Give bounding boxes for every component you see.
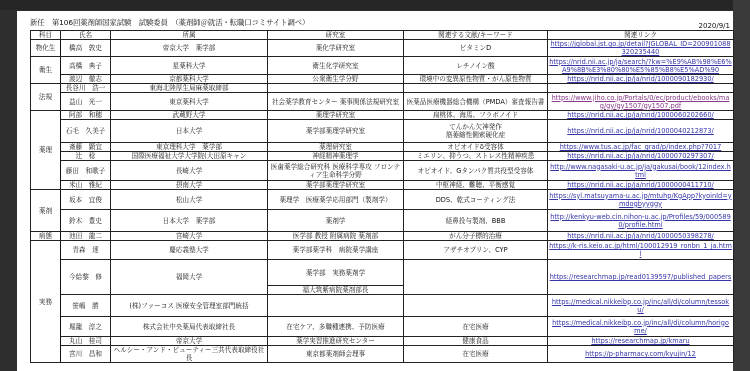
lab-cell: 在宅ケア、多職種連携、予防医療 xyxy=(268,317,404,337)
keywords-cell: 健康食品 xyxy=(404,337,548,346)
link-cell: https://www.jiho.co.jp/Portals/0/ec/prod… xyxy=(548,93,734,111)
keywords-cell: 在宅医療 xyxy=(404,317,548,337)
table-row: 実務 青森 達 慶応義塾大学 薬学部薬学科 病院薬学講座 アザチオプリン、CYP… xyxy=(31,241,734,260)
header-link: 関連リンク xyxy=(548,31,734,40)
related-link[interactable]: https://www.tus.ac.jp/fac_grad/p/index.p… xyxy=(560,143,722,151)
keywords-cell: ミエリン、抑うつ、ストレス性精神疾患 xyxy=(404,152,548,161)
lab-cell: 薬学部薬理学研究室 xyxy=(268,181,404,190)
table-row: 斎藤 顕宜 東京理科大学 薬学部 薬理研究室 オピオイドδ受容体 https:/… xyxy=(31,143,734,152)
window-top-bar xyxy=(0,0,750,10)
name-cell: 米山 雅紀 xyxy=(61,181,111,190)
keywords-cell: 環境中の変異原性物質・がん原性物質 xyxy=(404,75,548,84)
link-cell: https://nrid.nii.ac.jp/ja/nrid/100006020… xyxy=(548,111,734,120)
lab-cell xyxy=(268,295,404,317)
affiliation-cell: 長崎大学 xyxy=(111,161,268,181)
link-cell: https://www.tus.ac.jp/fac_grad/p/index.p… xyxy=(548,143,734,152)
name-cell: 阿部 和穂 xyxy=(61,111,111,120)
link-cell: https://medical.nikkeibp.co.jp/inc/all/d… xyxy=(548,317,734,337)
affiliation-cell: 宮崎大学 xyxy=(111,232,268,241)
link-cell: https://nrid.nii.ac.jp/ja/nrid/100004021… xyxy=(548,120,734,143)
document-title: 新任 第106回薬剤師国家試験 試験委員 （薬剤師＠就活・転職口コミサイト調べ） xyxy=(30,17,309,28)
name-cell: 藤田 和歌子 xyxy=(61,161,111,181)
name-cell: 鈴木 豊史 xyxy=(61,210,111,232)
table-row: 渡辺 徹志 京都薬科大学 公衆衛生学分野 環境中の変異原性物質・がん原性物質 h… xyxy=(31,75,734,84)
name-cell: 坂本 宜俊 xyxy=(61,190,111,210)
affiliation-cell: 東京薬科大学 xyxy=(111,93,268,111)
affiliation-cell: 日本大学 薬学部 xyxy=(111,210,268,232)
subject-cell: 物化生 xyxy=(31,40,61,57)
keywords-cell: ビタミンD xyxy=(404,40,548,57)
subject-cell: 病態 xyxy=(31,232,61,241)
link-cell: https://nrid.nii.ac.jp/ja/nrid/100005039… xyxy=(548,232,734,241)
table-row: 藤田 和歌子 長崎大学 医歯薬学総合研究科 医療科学専攻 フロンティア生命科学分… xyxy=(31,161,734,181)
related-link[interactable]: http://www.nagasaki-u.ac.jp/ja/gakusai/b… xyxy=(550,163,731,179)
related-link[interactable]: https://researchmap.jp/kmaru xyxy=(591,337,689,345)
link-cell: http://kenkyu-web.cin.nihon-u.ac.jp/Prof… xyxy=(548,210,734,232)
affiliation-cell: 福岡大学 xyxy=(111,260,268,295)
lab-cell: 薬剤学 xyxy=(268,210,404,232)
related-link[interactable]: https://nrid.nii.ac.jp/ja/nrid/100006020… xyxy=(567,111,714,119)
table-row: 薬理 阿部 和穂 武蔵野大学 薬理学研究室 扁桃体、海馬、フラボノイド http… xyxy=(31,111,734,120)
lab-cell xyxy=(268,84,404,93)
keywords-cell: オピオイド、Gタンパク質共役型受容体 xyxy=(404,161,548,181)
name-cell: 池田 龍二 xyxy=(61,232,111,241)
related-link[interactable]: https://jglobal.jst.go.jp/detail?JGLOBAL… xyxy=(550,40,730,56)
link-cell xyxy=(548,84,734,93)
lab-cell: 神経精神薬理学 xyxy=(268,152,404,161)
affiliation-cell: 国際医療福祉大学大学院(大田原キャン xyxy=(111,152,268,161)
link-cell: http://www.nagasaki-u.ac.jp/ja/gakusai/b… xyxy=(548,161,734,181)
related-link[interactable]: https://nrid.nii.ac.jp/ja/search/?kw=%E9… xyxy=(549,58,732,74)
header-keywords: 関連する文献/キーワード xyxy=(404,31,548,40)
header-subject: 科目 xyxy=(31,31,61,40)
link-cell: https://nrid.nii.ac.jp/ja/nrid/100007029… xyxy=(548,152,734,161)
affiliation-cell: 株式会社中央薬局代表取締社長 xyxy=(111,317,268,337)
name-cell: 高橋 典子 xyxy=(61,57,111,75)
name-cell: 青森 達 xyxy=(61,241,111,260)
name-cell: 斎藤 顕宜 xyxy=(61,143,111,152)
table-header-row: 科目 氏名 所属 研究室 関連する文献/キーワード 関連リンク xyxy=(31,31,734,40)
lab-cell-secondary: 福大筑紫病院薬剤部長 xyxy=(268,286,404,295)
lab-cell: 医歯薬学総合研究科 医療科学専攻 フロンティア生命科学分野 xyxy=(268,161,404,181)
header-lab: 研究室 xyxy=(268,31,404,40)
document-date: 2020/9/1 xyxy=(699,22,730,30)
keywords-cell: オピオイドδ受容体 xyxy=(404,143,548,152)
affiliation-cell: 摂南大学 xyxy=(111,181,268,190)
name-cell: 長谷川 浩一 xyxy=(61,84,111,93)
lab-cell: 薬理学研究室 xyxy=(268,111,404,120)
keywords-cell: 中枢神経、難聴、平衡感覚 xyxy=(404,181,548,190)
keywords-cell xyxy=(404,260,548,295)
lab-cell: 薬学部薬学科 病院薬学講座 xyxy=(268,241,404,260)
table-row: 丸山 桂司 帝京大学 薬学実習推進研究センター 健康食品 https://res… xyxy=(31,337,734,346)
keywords-cell: DDS、乾式コーティング法 xyxy=(404,190,548,210)
affiliation-cell: 帝京大学 薬学部 xyxy=(111,40,268,57)
table-row: 衛生 高橋 典子 星薬科大学 衛生化学研究室 レチノイン酸 https://nr… xyxy=(31,57,734,75)
name-cell: 辻 稔 xyxy=(61,152,111,161)
lab-cell: 薬理学 医療薬学応用部門（製剤学） xyxy=(268,190,404,210)
affiliation-cell: 東京理科大学 薬学部 xyxy=(111,143,268,152)
affiliation-cell: 東海北陸厚生局麻薬取締部 xyxy=(111,84,268,93)
related-link[interactable]: https://nrid.nii.ac.jp/ja/nrid/100000041… xyxy=(567,181,714,189)
name-cell: 石毛 久美子 xyxy=(61,120,111,143)
link-cell: https://jglobal.jst.go.jp/detail?JGLOBAL… xyxy=(548,40,734,57)
affiliation-cell: 帝京大学 xyxy=(111,337,268,346)
link-cell: https://nrid.nii.ac.jp/ja/search/?kw=%E9… xyxy=(548,57,734,75)
keywords-cell: てんかん欠神発作 筋萎縮性側索硬化症 xyxy=(404,120,548,143)
related-link[interactable]: https://www.jiho.co.jp/Portals/0/ec/prod… xyxy=(552,94,730,110)
keywords-cell: 在宅医療 xyxy=(404,346,548,363)
lab-cell: 薬学部 実務薬剤学 xyxy=(268,260,404,286)
related-link[interactable]: https://k-ris.keio.ac.jp/html/100012919_… xyxy=(549,242,732,258)
link-cell: https://researchmap.jp/kmaru xyxy=(548,337,734,346)
related-link[interactable]: https://nrid.nii.ac.jp/ja/nrid/100007029… xyxy=(567,152,714,160)
name-cell: 堀籠 淳之 xyxy=(61,317,111,337)
subject-cell: 衛生 xyxy=(31,57,61,84)
affiliation-cell: 京都薬科大学 xyxy=(111,75,268,84)
lab-cell: 薬化学研究室 xyxy=(268,40,404,57)
subject-cell: 薬理 xyxy=(31,111,61,190)
subject-cell: 法規 xyxy=(31,84,61,111)
keywords-cell: がん分子標的治療 xyxy=(404,232,548,241)
affiliation-cell: 松山大学 xyxy=(111,190,268,210)
affiliation-cell: 武蔵野大学 xyxy=(111,111,268,120)
name-cell: 橋高 敦史 xyxy=(61,40,111,57)
scrollbar-track[interactable] xyxy=(733,0,750,371)
lab-cell: 衛生化学研究室 xyxy=(268,57,404,75)
keywords-cell xyxy=(404,295,548,317)
table-row: 宮川 昌和 ヘルシー・アンド・ビューティー三共代表取締役社長 東京都薬剤師会理事… xyxy=(31,346,734,363)
table-row: 益山 光一 東京薬科大学 社会薬学教育センター 薬事関係法規研究室 医薬品医療機… xyxy=(31,93,734,111)
related-link[interactable]: http://kenkyu-web.cin.nihon-u.ac.jp/Prof… xyxy=(550,213,731,229)
affiliation-cell: ヘルシー・アンド・ビューティー三共代表取締役社長 xyxy=(111,346,268,363)
table-row: 物化生 橋高 敦史 帝京大学 薬学部 薬化学研究室 ビタミンD https://… xyxy=(31,40,734,57)
link-cell: https://medical.nikkeibp.co.jp/inc/all/d… xyxy=(548,295,734,317)
affiliation-cell: 日本大学 xyxy=(111,120,268,143)
subject-cell: 薬剤 xyxy=(31,190,61,232)
name-cell: 渡辺 徹志 xyxy=(61,75,111,84)
keywords-cell xyxy=(404,84,548,93)
link-cell: https://syl.matsuyama-u.ac.jp/mtuhp/KgAp… xyxy=(548,190,734,210)
keywords-cell: 医薬品医療機器総合機構（PMDA）審査報告書 xyxy=(404,93,548,111)
lab-cell: 薬学実習推進研究センター xyxy=(268,337,404,346)
link-cell: https://researchmap.jp/read0139597/publi… xyxy=(548,260,734,295)
table-row: 薬剤 坂本 宜俊 松山大学 薬理学 医療薬学応用部門（製剤学） DDS、乾式コー… xyxy=(31,190,734,210)
table-row: 今給黎 修 福岡大学 薬学部 実務薬剤学 https://researchmap… xyxy=(31,260,734,286)
name-cell: 益山 光一 xyxy=(61,93,111,111)
table-row: 鈴木 豊史 日本大学 薬学部 薬剤学 経鼻投与製剤、BBB http://ken… xyxy=(31,210,734,232)
lab-cell: 薬理研究室 xyxy=(268,143,404,152)
name-cell: 今給黎 修 xyxy=(61,260,111,295)
lab-cell: 東京都薬剤師会理事 xyxy=(268,346,404,363)
lab-cell: 公衆衛生学分野 xyxy=(268,75,404,84)
header-name: 氏名 xyxy=(61,31,111,40)
lab-cell: 医学部 教授 附属病院 薬剤部 xyxy=(268,232,404,241)
keywords-cell: レチノイン酸 xyxy=(404,57,548,75)
keywords-cell: 扁桃体、海馬、フラボノイド xyxy=(404,111,548,120)
name-cell: 笹嶋 勝 xyxy=(61,295,111,317)
link-cell: https://p-pharmacy.com/kyujin/12 xyxy=(548,346,734,363)
lab-cell: 薬学部薬理学研究室 xyxy=(268,120,404,143)
related-link[interactable]: https://nrid.nii.ac.jp/ja/nrid/100009018… xyxy=(567,75,714,83)
link-cell: https://nrid.nii.ac.jp/ja/nrid/100000041… xyxy=(548,181,734,190)
affiliation-cell: (株)ファーコス 医療安全管理室部門統括 xyxy=(111,295,268,317)
affiliation-cell: 星薬科大学 xyxy=(111,57,268,75)
table-row: 病態 池田 龍二 宮崎大学 医学部 教授 附属病院 薬剤部 がん分子標的治療 h… xyxy=(31,232,734,241)
link-cell: https://nrid.nii.ac.jp/ja/nrid/100009018… xyxy=(548,75,734,84)
subject-cell: 実務 xyxy=(31,241,61,363)
link-cell: https://k-ris.keio.ac.jp/html/100012919_… xyxy=(548,241,734,260)
keywords-cell: アザチオプリン、CYP xyxy=(404,241,548,260)
table-row: 辻 稔 国際医療福祉大学大学院(大田原キャン 神経精神薬理学 ミエリン、抑うつ、… xyxy=(31,152,734,161)
related-link[interactable]: https://researchmap.jp/read0139597/publi… xyxy=(550,273,732,281)
related-link[interactable]: https://medical.nikkeibp.co.jp/inc/all/d… xyxy=(552,319,729,335)
related-link[interactable]: https://medical.nikkeibp.co.jp/inc/all/d… xyxy=(552,298,729,314)
related-link[interactable]: https://nrid.nii.ac.jp/ja/nrid/100005039… xyxy=(567,232,714,240)
lab-cell: 社会薬学教育センター 薬事関係法規研究室 xyxy=(268,93,404,111)
table-row: 米山 雅紀 摂南大学 薬学部薬理学研究室 中枢神経、難聴、平衡感覚 https:… xyxy=(31,181,734,190)
name-cell: 宮川 昌和 xyxy=(61,346,111,363)
table-row: 笹嶋 勝 (株)ファーコス 医療安全管理室部門統括 https://medica… xyxy=(31,295,734,317)
affiliation-cell: 慶応義塾大学 xyxy=(111,241,268,260)
examiner-table: 科目 氏名 所属 研究室 関連する文献/キーワード 関連リンク 物化生 橋高 敦… xyxy=(30,30,734,363)
related-link[interactable]: https://p-pharmacy.com/kyujin/12 xyxy=(585,350,696,358)
header-affiliation: 所属 xyxy=(111,31,268,40)
related-link[interactable]: https://syl.matsuyama-u.ac.jp/mtuhp/KgAp… xyxy=(549,192,731,208)
table-row: 堀籠 淳之 株式会社中央薬局代表取締社長 在宅ケア、多職種連携、予防医療 在宅医… xyxy=(31,317,734,337)
table-row: 法規 長谷川 浩一 東海北陸厚生局麻薬取締部 xyxy=(31,84,734,93)
keywords-cell: 経鼻投与製剤、BBB xyxy=(404,210,548,232)
table-row: 石毛 久美子 日本大学 薬学部薬理学研究室 てんかん欠神発作 筋萎縮性側索硬化症… xyxy=(31,120,734,143)
name-cell: 丸山 桂司 xyxy=(61,337,111,346)
related-link[interactable]: https://nrid.nii.ac.jp/ja/nrid/100004021… xyxy=(567,127,714,135)
